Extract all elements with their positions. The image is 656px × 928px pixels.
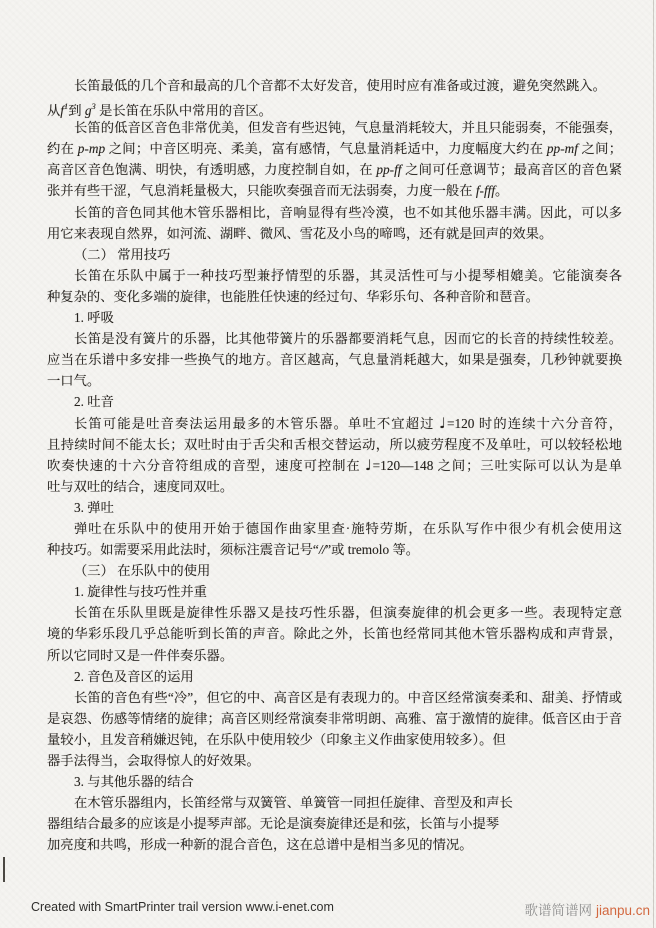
text-line: 一口气。	[47, 370, 622, 391]
text-line: 3. 弹吐	[47, 497, 622, 518]
smartprinter-watermark: Created with SmartPrinter trail version …	[31, 900, 334, 914]
text-line: 高音区音色饱满、明快，有透明感，力度控制自如，在 pp-ff 之间可任意调节；最…	[47, 159, 622, 180]
text-line: 长笛在乐队里既是旋律性乐器又是技巧性乐器，但演奏旋律的机会更多一些。表现特定意	[47, 602, 622, 623]
text-line: 在木管乐器组内，长笛经常与双簧管、单簧管一同担任旋律、音型及和声长	[47, 792, 622, 813]
text-line: 约在 p-mp 之间；中音区明亮、柔美，富有感情，气息量消耗适中，力度幅度大约在…	[47, 138, 622, 159]
text-line: 器手法得当，会取得惊人的好效果。	[47, 750, 622, 771]
text-line: 3. 与其他乐器的结合	[47, 771, 622, 792]
text-line: 吐与双吐的结合，速度同双吐。	[47, 476, 622, 497]
text-line: 且持续时间不能太长；双吐时由于舌尖和舌根交替运动，所以疲劳程度不及单吐，可以较轻…	[47, 434, 622, 455]
text-line: 加亮度和共鸣，形成一种新的混合音色，这在总谱中是相当多见的情况。	[47, 834, 622, 855]
text-line: 弹吐在乐队中的使用开始于德国作曲家里查·施特劳斯，在乐队写作中很少有机会使用这	[47, 518, 622, 539]
text-line: 所以它同时又是一件伴奏乐器。	[47, 645, 622, 666]
text-line: 种复杂的、变化多端的旋律，也能胜任快速的经过句、华彩乐句、各种音阶和琶音。	[47, 286, 622, 307]
site-watermark: 歌谱简谱网jianpu.cn	[524, 899, 650, 919]
text-line: 张并有些干涩，气息消耗量极大，只能吹奏强音而无法弱奏，力度一般在 f-fff。	[47, 180, 622, 201]
text-line: 器组结合最多的应该是小提琴声部。无论是演奏旋律还是和弦，长笛与小提琴	[47, 813, 622, 834]
text-line: 应当在乐谱中多安排一些换气的地方。音区越高，气息量消耗越大，如果是强奏，几秒钟就…	[47, 349, 622, 370]
text-line: （三） 在乐队中的使用	[47, 560, 622, 581]
text-line: 2. 吐音	[47, 391, 622, 412]
text-line: 长笛可能是吐音奏法运用最多的木管乐器。单吐不宜超过 ♩=120 时的连续十六分音…	[47, 413, 622, 434]
text-line: （二） 常用技巧	[47, 244, 622, 265]
text-line: 是哀怨、伤感等情绪的旋律；高音区则经常演奏非常明朗、高雅、富于激情的旋律。低音区…	[47, 708, 622, 729]
text-line: 2. 音色及音区的运用	[47, 666, 622, 687]
text-block: 长笛最低的几个音和最高的几个音都不太好发音，使用时应有准备或过渡，避免突然跳入。…	[47, 75, 622, 855]
text-line: 长笛是没有簧片的乐器，比其他带簧片的乐器都要消耗气息，因而它的长音的持续性较差。	[47, 328, 622, 349]
text-line: 长笛的音色有些“冷”，但它的中、高音区是有表现力的。中音区经常演奏柔和、甜美、抒…	[47, 687, 622, 708]
text-line: 长笛的音色同其他木管乐器相比，音响显得有些冷漠，也不如其他乐器丰满。因此，可以多	[47, 202, 622, 223]
scan-artifact-left-tick	[3, 857, 5, 882]
text-line: 吹奏快速的十六分音符组成的音型，速度可控制在 ♩=120—148 之间；三吐实际…	[47, 455, 622, 476]
text-line: 种技巧。如需要采用此法时，须标注震音记号“//”或 tremolo 等。	[47, 539, 622, 560]
text-line: 1. 旋律性与技巧性并重	[47, 581, 622, 602]
text-line: 量较小，且发音稍嫌迟钝，在乐队中使用较少（印象主义作曲家使用较多）。但	[47, 729, 622, 750]
site-name: 歌谱简谱网	[524, 903, 592, 918]
text-line: 长笛最低的几个音和最高的几个音都不太好发音，使用时应有准备或过渡，避免突然跳入。	[47, 75, 622, 96]
scan-artifact-right-edge	[653, 0, 654, 928]
text-line: 长笛的低音区音色非常优美，但发音有些迟钝，气息量消耗较大，并且只能弱奏，不能强奏…	[47, 117, 622, 138]
text-line: 从f1到 g3 是长笛在乐队中常用的音区。	[47, 96, 622, 117]
text-line: 长笛在乐队中属于一种技巧型兼抒情型的乐器，其灵活性可与小提琴相媲美。它能演奏各	[47, 265, 622, 286]
scanned-book-page: 长笛最低的几个音和最高的几个音都不太好发音，使用时应有准备或过渡，避免突然跳入。…	[0, 0, 656, 928]
text-line: 境的华彩乐段几乎总能听到长笛的声音。除此之外，长笛也经常同其他木管乐器构成和声背…	[47, 623, 622, 644]
text-line: 用它来表现自然界，如河流、湖畔、微风、雪花及小鸟的啼鸣，还有就是回声的效果。	[47, 223, 622, 244]
text-line: 1. 呼吸	[47, 307, 622, 328]
site-domain: jianpu.cn	[596, 903, 650, 918]
